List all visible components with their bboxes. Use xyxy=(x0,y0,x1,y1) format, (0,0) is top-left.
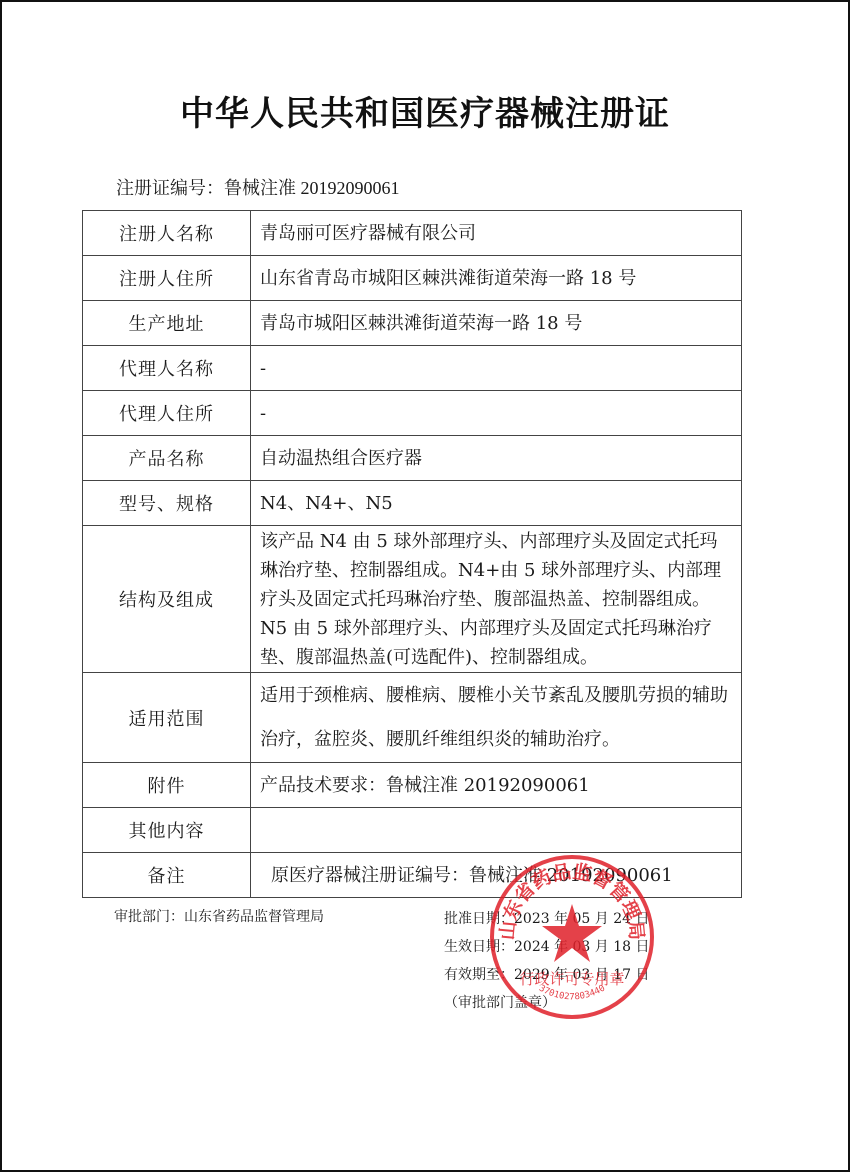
row-label: 备注 xyxy=(83,853,251,898)
row-value: 适用于颈椎病、腰椎病、腰椎小关节紊乱及腰肌劳损的辅助治疗，盆腔炎、腰肌纤维组织炎… xyxy=(251,673,742,763)
effective-date: 生效日期：2024 年 03 月 18 日 xyxy=(444,933,650,961)
table-row: 备注 原医疗器械注册证编号：鲁械注准 20192090061 xyxy=(83,853,742,898)
row-label: 注册人名称 xyxy=(83,211,251,256)
approval-department: 审批部门：山东省药品监督管理局 xyxy=(114,906,324,926)
approval-date: 批准日期：2023 年 05 月 24 日 xyxy=(444,905,650,933)
row-value: - xyxy=(251,391,742,436)
table-row: 生产地址 青岛市城阳区棘洪滩街道荣海一路 18 号 xyxy=(83,301,742,346)
table-row: 代理人住所 - xyxy=(83,391,742,436)
row-label: 附件 xyxy=(83,763,251,808)
valid-until-date: 有效期至：2029 年 03 月 17 日 xyxy=(444,961,650,989)
row-value xyxy=(251,808,742,853)
date-block: 批准日期：2023 年 05 月 24 日 生效日期：2024 年 03 月 1… xyxy=(444,905,650,1017)
row-label: 适用范围 xyxy=(83,673,251,763)
row-value: 自动温热组合医疗器 xyxy=(251,436,742,481)
row-label: 型号、规格 xyxy=(83,481,251,526)
seal-note: （审批部门盖章） xyxy=(444,989,650,1017)
document-title: 中华人民共和国医疗器械注册证 xyxy=(0,86,850,135)
row-label: 代理人住所 xyxy=(83,391,251,436)
table-row: 产品名称 自动温热组合医疗器 xyxy=(83,436,742,481)
row-label: 代理人名称 xyxy=(83,346,251,391)
row-value: 产品技术要求：鲁械注准 20192090061 xyxy=(251,763,742,808)
row-label: 产品名称 xyxy=(83,436,251,481)
row-label: 生产地址 xyxy=(83,301,251,346)
table-row: 型号、规格 N4、N4+、N5 xyxy=(83,481,742,526)
row-label: 注册人住所 xyxy=(83,256,251,301)
row-value: - xyxy=(251,346,742,391)
table-row: 适用范围 适用于颈椎病、腰椎病、腰椎小关节紊乱及腰肌劳损的辅助治疗，盆腔炎、腰肌… xyxy=(83,673,742,763)
row-value: 山东省青岛市城阳区棘洪滩街道荣海一路 18 号 xyxy=(251,256,742,301)
row-value: 青岛丽可医疗器械有限公司 xyxy=(251,211,742,256)
row-value: 该产品 N4 由 5 球外部理疗头、内部理疗头及固定式托玛琳治疗垫、控制器组成。… xyxy=(251,526,742,673)
registration-number-label: 注册证编号： xyxy=(116,178,224,199)
table-row: 代理人名称 - xyxy=(83,346,742,391)
registration-number-line: 注册证编号：鲁械注准 20192090061 xyxy=(116,174,400,200)
row-label: 结构及组成 xyxy=(83,526,251,673)
table-row: 注册人住所 山东省青岛市城阳区棘洪滩街道荣海一路 18 号 xyxy=(83,256,742,301)
table-row: 其他内容 xyxy=(83,808,742,853)
row-label: 其他内容 xyxy=(83,808,251,853)
row-value: N4、N4+、N5 xyxy=(251,481,742,526)
table-row: 附件 产品技术要求：鲁械注准 20192090061 xyxy=(83,763,742,808)
certificate-table: 注册人名称 青岛丽可医疗器械有限公司 注册人住所 山东省青岛市城阳区棘洪滩街道荣… xyxy=(82,210,742,898)
table-row: 注册人名称 青岛丽可医疗器械有限公司 xyxy=(83,211,742,256)
table-row: 结构及组成 该产品 N4 由 5 球外部理疗头、内部理疗头及固定式托玛琳治疗垫、… xyxy=(83,526,742,673)
row-value: 原医疗器械注册证编号：鲁械注准 20192090061 xyxy=(251,853,742,898)
registration-number-value: 鲁械注准 20192090061 xyxy=(224,178,400,198)
row-value: 青岛市城阳区棘洪滩街道荣海一路 18 号 xyxy=(251,301,742,346)
